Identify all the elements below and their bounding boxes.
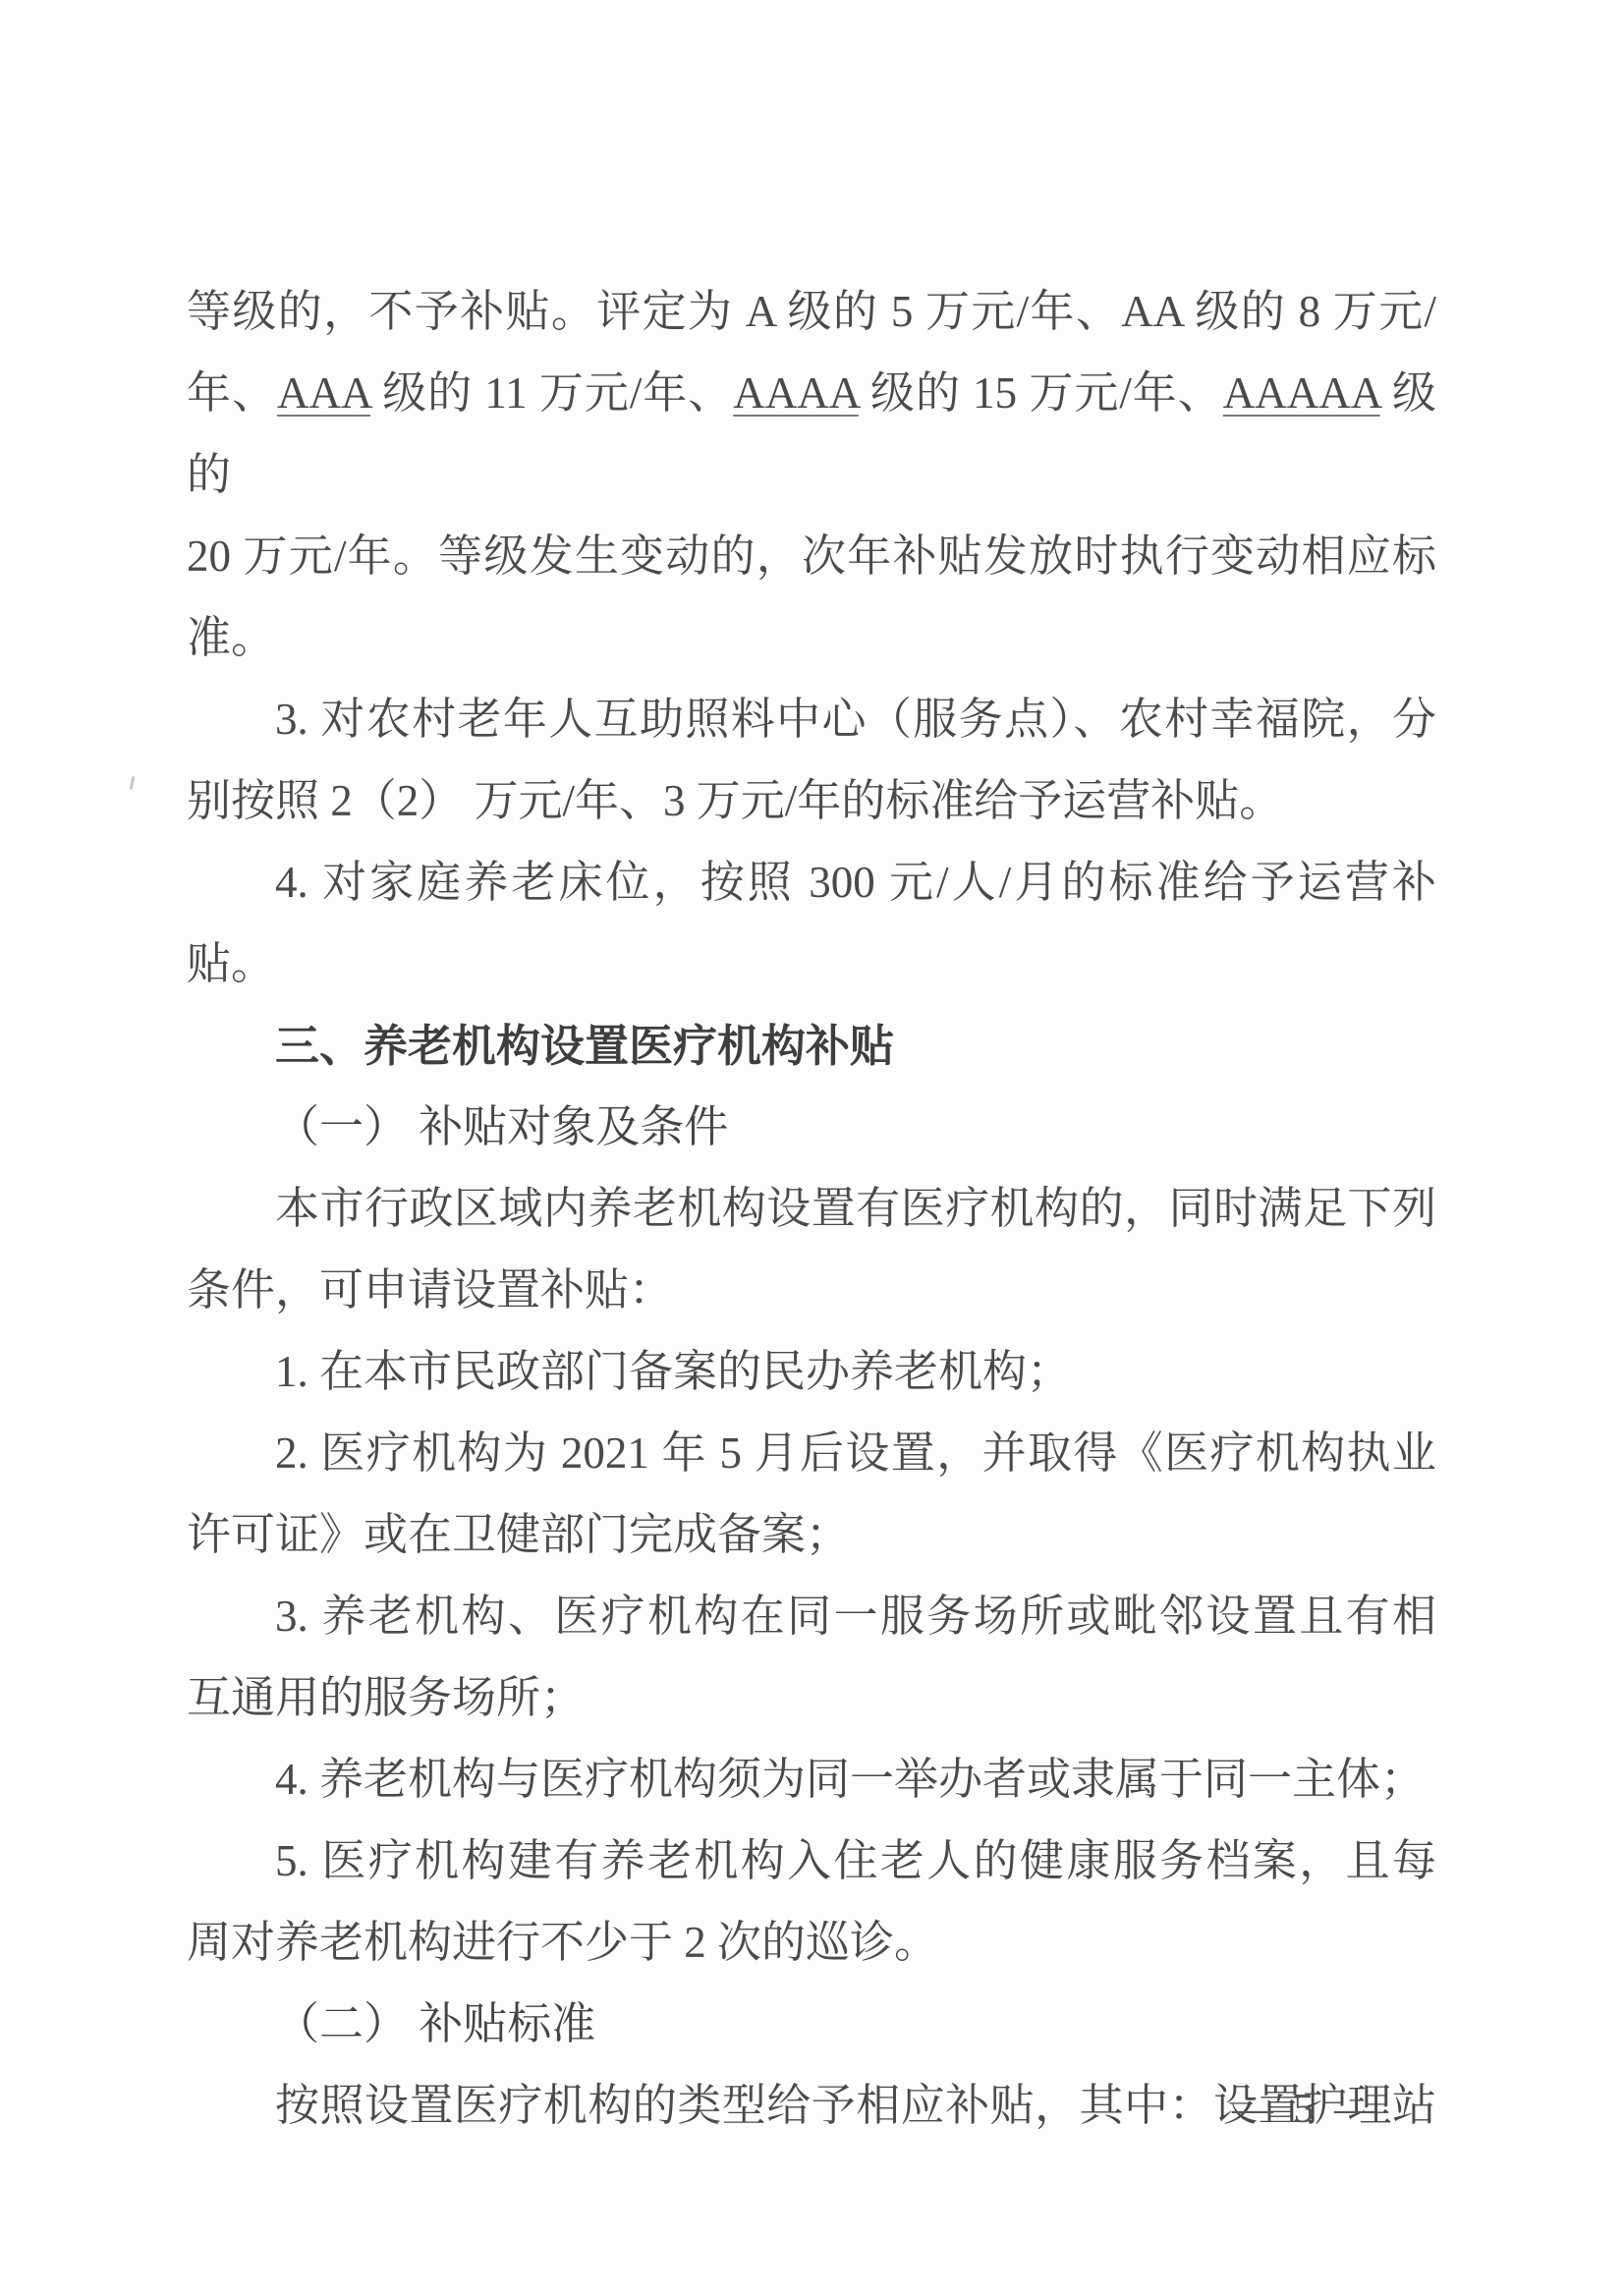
text-line: 年、AAA 级的 11 万元/年、AAAA 级的 15 万元/年、AAAAA 级… bbox=[187, 353, 1436, 516]
text-line-condition-2: 2. 医疗机构为 2021 年 5 月后设置，并取得《医疗机构执业 bbox=[187, 1413, 1436, 1494]
document-body: 等级的，不予补贴。评定为 A 级的 5 万元/年、AA 级的 8 万元/ 年、A… bbox=[187, 271, 1436, 2147]
text-line: 别按照 2（2） 万元/年、3 万元/年的标准给予运营补贴。 bbox=[187, 760, 1436, 842]
underlined-grade-aaa: AAA bbox=[277, 368, 370, 418]
text-line: 互通用的服务场所； bbox=[187, 1657, 1436, 1739]
text-line: 20 万元/年。等级发生变动的，次年补贴发放时执行变动相应标 bbox=[187, 516, 1436, 597]
subsection-heading-1: （一） 补贴对象及条件 bbox=[187, 1087, 1436, 1168]
document-page: 等级的，不予补贴。评定为 A 级的 5 万元/年、AA 级的 8 万元/ 年、A… bbox=[0, 0, 1624, 2295]
text-line: 许可证》或在卫健部门完成备案； bbox=[187, 1494, 1436, 1576]
text-segment: 级的 11 万元/年、 bbox=[370, 368, 733, 418]
subsection-heading-2: （二） 补贴标准 bbox=[187, 1984, 1436, 2065]
text-line-item-4-homebeds: 4. 对家庭养老床位，按照 300 元/人/月的标准给予运营补 bbox=[187, 842, 1436, 924]
text-line: 准。 bbox=[187, 597, 1436, 679]
scan-artifact-mark bbox=[130, 776, 136, 790]
text-line-item-3-rural: 3. 对农村老年人互助照料中心（服务点）、农村幸福院，分 bbox=[187, 679, 1436, 760]
text-segment: 级的 15 万元/年、 bbox=[859, 368, 1223, 418]
text-line-condition-3: 3. 养老机构、医疗机构在同一服务场所或毗邻设置且有相 bbox=[187, 1576, 1436, 1657]
text-line: 本市行政区域内养老机构设置有医疗机构的，同时满足下列 bbox=[187, 1168, 1436, 1250]
text-line: 贴。 bbox=[187, 924, 1436, 1005]
section-heading-3: 三、养老机构设置医疗机构补贴 bbox=[187, 1005, 1436, 1087]
text-line-condition-4: 4. 养老机构与医疗机构须为同一举办者或隶属于同一主体； bbox=[187, 1739, 1436, 1820]
text-line: 周对养老机构进行不少于 2 次的巡诊。 bbox=[187, 1902, 1436, 1984]
text-segment: 年、 bbox=[187, 368, 277, 418]
underlined-grade-aaaa: AAAA bbox=[733, 368, 859, 418]
underlined-grade-aaaaa: AAAAA bbox=[1223, 368, 1380, 418]
text-line: 条件，可申请设置补贴： bbox=[187, 1250, 1436, 1331]
text-line: 等级的，不予补贴。评定为 A 级的 5 万元/年、AA 级的 8 万元/ bbox=[187, 271, 1436, 353]
text-line-condition-5: 5. 医疗机构建有养老机构入住老人的健康服务档案，且每 bbox=[187, 1820, 1436, 1902]
page-number: — 5 — bbox=[187, 2069, 1436, 2151]
text-line-condition-1: 1. 在本市民政部门备案的民办养老机构； bbox=[187, 1331, 1436, 1413]
